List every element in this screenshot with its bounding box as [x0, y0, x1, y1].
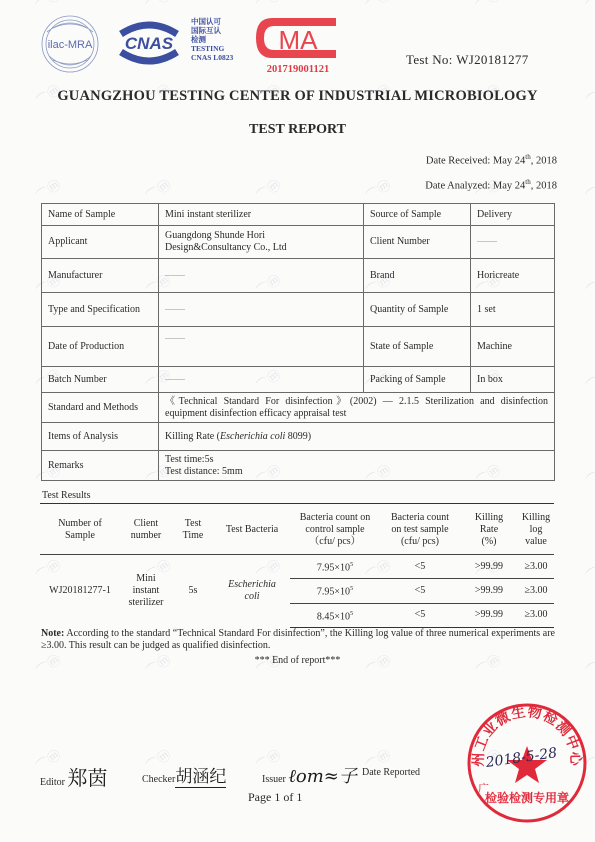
watermark-icon: ⌒ⓜ — [582, 174, 595, 204]
watermark-icon: ⌒ⓜ — [582, 364, 595, 394]
cnas-accreditation-text: 中国认可 国际互认 检测 TESTING CNAS L0823 — [191, 17, 233, 62]
test-results-table: Number ofSample Clientnumber TestTime Te… — [40, 510, 554, 628]
cell-killing-log: ≥3.00 — [518, 579, 554, 603]
cell-control-count: 7.95×105 — [290, 579, 380, 603]
cell-test-count: <5 — [380, 603, 460, 627]
date-analyzed: Date Analyzed: May 24th, 2018 — [425, 178, 557, 192]
results-divider — [40, 503, 554, 504]
watermark-icon: ⌒ⓜ — [582, 269, 595, 299]
svg-text:MA: MA — [279, 25, 319, 55]
label-date-production: Date of Production — [42, 327, 159, 367]
watermark-icon: ⌒ⓜ — [582, 0, 595, 15]
official-seal: 州工业微生物检测中心 检验检测专用章 广 2018-5-28 — [462, 698, 592, 828]
date-received: Date Received: May 24th, 2018 — [426, 153, 557, 167]
watermark-icon: ⌒ⓜ — [252, 0, 284, 15]
header-test-time: TestTime — [172, 510, 214, 555]
value-source: Delivery — [471, 204, 555, 226]
label-batch: Batch Number — [42, 367, 159, 393]
watermark-icon: ⌒ⓜ — [362, 0, 394, 15]
label-state: State of Sample — [364, 327, 471, 367]
page-number: Page 1 of 1 — [248, 790, 302, 805]
value-date-production: —— — [159, 327, 364, 367]
watermark-icon: ⌒ⓜ — [142, 0, 174, 15]
date-reported-label: Date Reported — [362, 767, 420, 778]
header-killing-rate: KillingRate(%) — [460, 510, 518, 555]
value-name-of-sample: Mini instant sterilizer — [159, 204, 364, 226]
header-test-count: Bacteria counton test sample(cfu/ pcs) — [380, 510, 460, 555]
label-quantity: Quantity of Sample — [364, 293, 471, 327]
value-applicant: Guangdong Shunde HoriDesign&Consultancy … — [159, 226, 364, 259]
cell-sample-number: WJ20181277-1 — [40, 555, 120, 628]
value-brand: Horicreate — [471, 259, 555, 293]
header-killing-log: Killinglog value — [518, 510, 554, 555]
cell-client-number: Miniinstantsterilizer — [120, 555, 172, 628]
label-client-number: Client Number — [364, 226, 471, 259]
label-packing: Packing of Sample — [364, 367, 471, 393]
issuer-signature: Issuer ℓom≈子 — [262, 762, 357, 788]
value-batch: —— — [159, 367, 364, 393]
label-brand: Brand — [364, 259, 471, 293]
label-manufacturer: Manufacturer — [42, 259, 159, 293]
ilac-mra-logo: ilac-MRA — [35, 12, 105, 76]
label-name-of-sample: Name of Sample — [42, 204, 159, 226]
checker-signature: Checker胡涵纪 — [142, 762, 226, 787]
cnas-logo: CNAS — [113, 18, 185, 68]
watermark-icon: ⌒ⓜ — [362, 174, 394, 204]
sample-info-table: Name of Sample Mini instant sterilizer S… — [41, 203, 555, 481]
svg-text:CNAS: CNAS — [125, 34, 174, 53]
svg-text:201719001121: 201719001121 — [267, 64, 329, 75]
cell-killing-log: ≥3.00 — [518, 603, 554, 627]
cell-test-time: 5s — [172, 555, 214, 628]
header-test-bacteria: Test Bacteria — [214, 510, 290, 555]
watermark-icon: ⌒ⓜ — [142, 174, 174, 204]
svg-text:广: 广 — [478, 781, 489, 795]
value-packing: In box — [471, 367, 555, 393]
note-text: Note: According to the standard “Technic… — [41, 628, 555, 652]
watermark-icon: ⌒ⓜ — [582, 554, 595, 584]
cell-test-count: <5 — [380, 579, 460, 603]
label-remarks: Remarks — [42, 451, 159, 481]
table-row: WJ20181277-1 Miniinstantsterilizer 5s Es… — [40, 555, 554, 579]
test-number: Test No: WJ20181277 — [406, 52, 529, 68]
label-type: Type and Specification — [42, 293, 159, 327]
cell-killing-rate: >99.99 — [460, 579, 518, 603]
cell-killing-rate: >99.99 — [460, 555, 518, 579]
cell-control-count: 8.45×105 — [290, 603, 380, 627]
report-title: TEST REPORT — [0, 122, 595, 138]
cell-killing-log: ≥3.00 — [518, 555, 554, 579]
value-standard: 《Technical Standard For disinfection》(20… — [159, 393, 555, 423]
label-items: Items of Analysis — [42, 423, 159, 451]
cell-control-count: 7.95×105 — [290, 555, 380, 579]
value-type: —— — [159, 293, 364, 327]
svg-text:ilac-MRA: ilac-MRA — [48, 39, 93, 51]
end-of-report: *** End of report*** — [0, 655, 595, 666]
cma-logo: MA 201719001121 — [252, 14, 344, 76]
header-client-number: Clientnumber — [120, 510, 172, 555]
test-results-label: Test Results — [42, 490, 90, 501]
testing-center-name: GUANGZHOU TESTING CENTER OF INDUSTRIAL M… — [0, 88, 595, 105]
cell-killing-rate: >99.99 — [460, 603, 518, 627]
label-applicant: Applicant — [42, 226, 159, 259]
value-client-number: —— — [471, 226, 555, 259]
watermark-icon: ⌒ⓜ — [32, 174, 64, 204]
label-source: Source of Sample — [364, 204, 471, 226]
cell-test-count: <5 — [380, 555, 460, 579]
svg-text:检验检测专用章: 检验检测专用章 — [485, 790, 569, 805]
watermark-icon: ⌒ⓜ — [252, 174, 284, 204]
cell-test-bacteria: Escherichiacoli — [214, 555, 290, 628]
value-state: Machine — [471, 327, 555, 367]
value-remarks: Test time:5sTest distance: 5mm — [159, 451, 555, 481]
watermark-icon: ⌒ⓜ — [472, 0, 504, 15]
header-number-of-sample: Number ofSample — [40, 510, 120, 555]
value-quantity: 1 set — [471, 293, 555, 327]
editor-signature: Editor 郑茵 — [40, 762, 108, 791]
value-manufacturer: —— — [159, 259, 364, 293]
label-standard: Standard and Methods — [42, 393, 159, 423]
header-control-count: Bacteria count oncontrol sample（cfu/ pcs… — [290, 510, 380, 555]
watermark-icon: ⌒ⓜ — [582, 459, 595, 489]
value-items: Killing Rate (Escherichia coli 8099) — [159, 423, 555, 451]
